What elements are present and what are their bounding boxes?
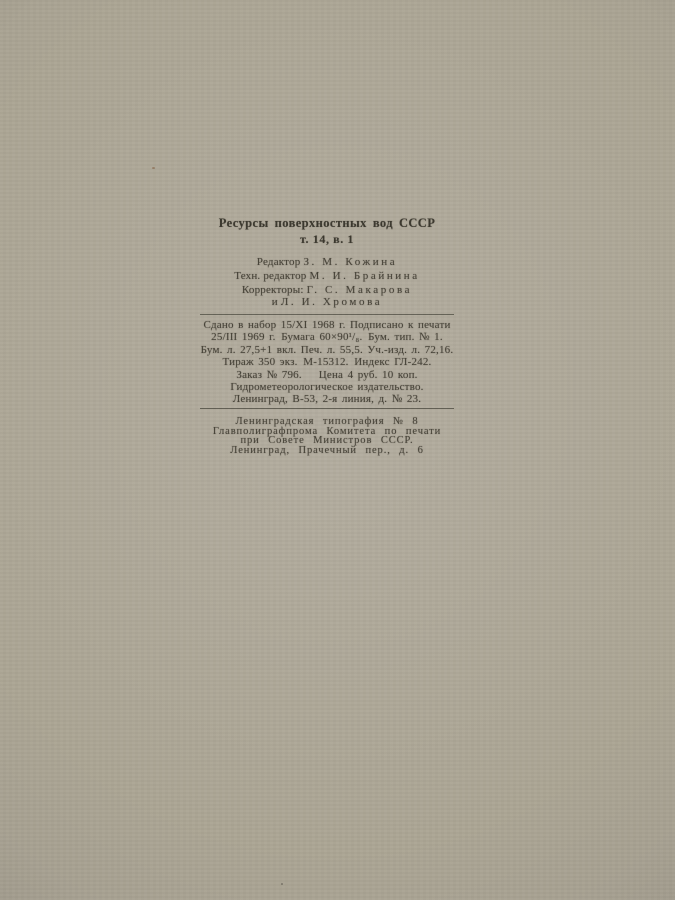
credit-tech-editor-name: М. И. Брайнина <box>310 270 420 282</box>
imprint-publisher: Гидрометеорологическое издательство. <box>200 381 454 393</box>
imprint-publisher-address: Ленинград, В-53, 2-я линия, д. № 23. <box>200 393 454 405</box>
credit-editor: РедакторЗ. М. Кожина <box>200 255 454 269</box>
credit-proofreader-2-label: и <box>272 296 278 308</box>
paper-speck <box>152 167 155 169</box>
credits-block: РедакторЗ. М. Кожина Техн. редакторМ. И.… <box>200 255 454 308</box>
imprint-line: Тираж 350 экз. М-15312. Индекс ГЛ-242. <box>200 356 454 368</box>
divider-bottom-rule <box>200 408 454 409</box>
book-title: Ресурсы поверхностных вод СССР <box>200 216 454 230</box>
credit-editor-label: Редактор <box>257 256 301 268</box>
credit-proofreader-2: иЛ. И. Хромова <box>200 297 454 308</box>
colophon-block: Ресурсы поверхностных вод СССР т. 14, в.… <box>200 216 454 456</box>
imprint-line: Сдано в набор 15/XI 1968 г. Подписано к … <box>200 319 454 331</box>
imprint-line: Заказ № 796. Цена 4 руб. 10 коп. <box>200 369 454 381</box>
credit-proofreader-1: Корректоры:Г. С. Макарова <box>200 283 454 297</box>
imprint-line: Бум. л. 27,5+1 вкл. Печ. л. 55,5. Уч.-из… <box>200 344 454 356</box>
credit-proofreader-1-label: Корректоры: <box>242 284 304 296</box>
credit-proofreader-2-name: Л. И. Хромова <box>281 296 382 308</box>
imprint-line: 25/III 1969 г. Бумага 60×90¹/₈. Бум. тип… <box>200 331 454 343</box>
book-volume: т. 14, в. 1 <box>200 233 454 246</box>
credit-editor-name: З. М. Кожина <box>303 256 397 268</box>
imprint-block: Сдано в набор 15/XI 1968 г. Подписано к … <box>200 319 454 406</box>
divider-top-rule <box>200 314 454 315</box>
paper-speck <box>281 883 283 885</box>
credit-tech-editor-label: Техн. редактор <box>234 270 306 282</box>
printer-address: Ленинград, Прачечный пер., д. 6 <box>200 446 454 456</box>
photographed-book-page: Ресурсы поверхностных вод СССР т. 14, в.… <box>0 0 675 900</box>
printer-block: Ленинградская типография № 8 Главполигра… <box>200 417 454 456</box>
credit-tech-editor: Техн. редакторМ. И. Брайнина <box>200 269 454 283</box>
credit-proofreader-1-name: Г. С. Макарова <box>307 284 413 296</box>
